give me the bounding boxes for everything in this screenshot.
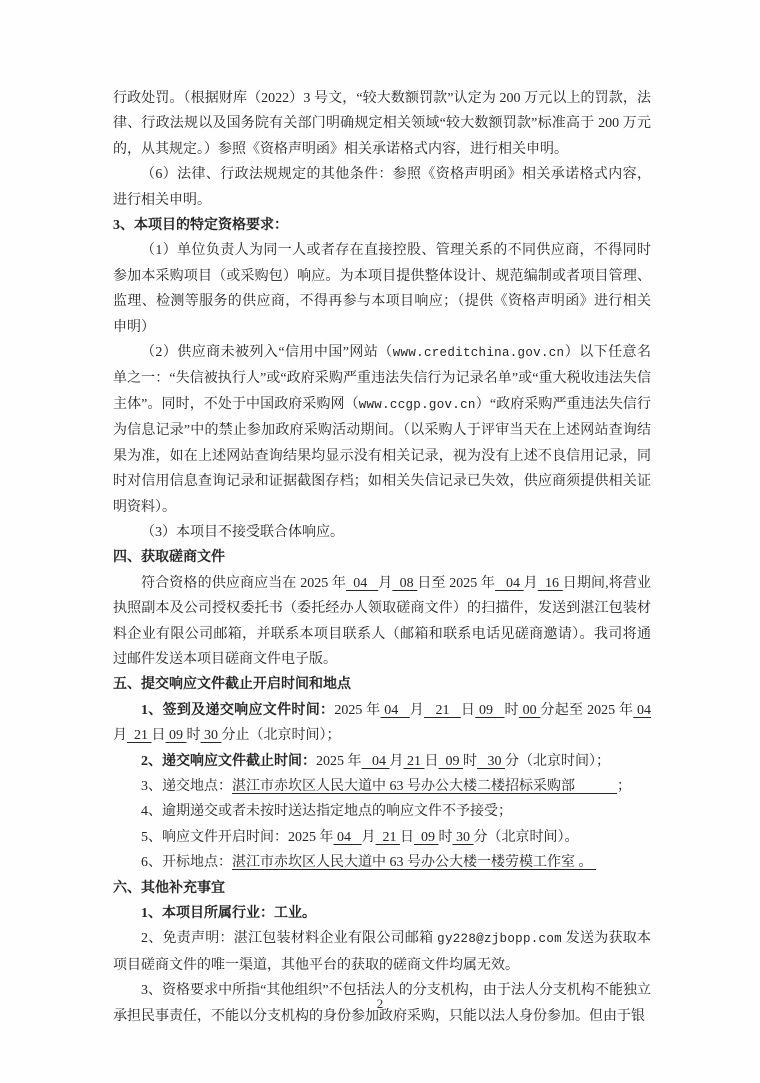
continuation-paragraph: 行政处罚。（根据财库（2022）3 号文，“较大数额罚款”认定为 200 万元以…: [113, 86, 651, 162]
section-3-heading: 3、本项目的特定资格要求：: [113, 213, 651, 238]
text-segment: 4、逾期递交或者未按时送达指定地点的响应文件不予接受；: [141, 804, 512, 819]
underlined-value: 21: [127, 728, 152, 743]
underlined-value: 30: [477, 754, 505, 769]
text-segment: 日: [152, 728, 166, 743]
section-4-body: 符合资格的供应商应当在 2025 年 04 月 08 日至 2025 年 04 …: [113, 571, 651, 673]
underlined-value: 04: [495, 576, 524, 591]
text-segment: （3）本项目不接受联合体响应。: [141, 525, 344, 540]
underlined-value: 04: [334, 830, 362, 845]
underlined-value: 04: [633, 703, 651, 718]
text-segment: 时: [463, 754, 477, 769]
underlined-value: 09: [166, 728, 187, 743]
document-page: 行政处罚。（根据财库（2022）3 号文，“较大数额罚款”认定为 200 万元以…: [0, 0, 760, 1083]
text-segment: 时: [504, 703, 518, 718]
section-5-item-6: 6、开标地点：湛江市赤坎区人民大道中 63 号办公大楼一楼劳模工作室 。: [113, 850, 651, 875]
underlined-value: 21: [424, 703, 461, 718]
section-3-item-3: （3）本项目不接受联合体响应。: [113, 520, 651, 545]
text-segment: 日至 2025 年: [417, 576, 495, 591]
text-segment: 月: [362, 830, 376, 845]
text-segment: 日: [400, 830, 414, 845]
text-segment: 五、提交响应文件截止开启时间和地点: [113, 677, 351, 692]
text-segment: 行政处罚。（根据财库（2022）3 号文，“较大数额罚款”认定为 200 万元以…: [113, 91, 651, 157]
text-segment: 2025 年: [288, 830, 334, 845]
underlined-value: 09: [475, 703, 504, 718]
underlined-value: 30: [453, 830, 474, 845]
text-segment: 时: [439, 830, 453, 845]
section-5-item-1: 1、签到及递交响应文件时间：2025 年 04 月 21 日 09 时 00 分…: [113, 698, 651, 749]
underlined-value: 湛江市赤坎区人民大道中 63 号办公大楼一楼劳模工作室 。: [232, 855, 596, 870]
section-3-item-1: （1）单位负责人为同一人或者存在直接控股、管理关系的不同供应商，不得同时参加本采…: [113, 238, 651, 340]
text-segment: 1、本项目所属行业：工业。: [141, 906, 316, 921]
text-segment: 月: [524, 576, 538, 591]
section-3-item-2: （2）供应商未被列入“信用中国”网站（www.creditchina.gov.c…: [113, 340, 651, 520]
underlined-value: 16: [538, 576, 563, 591]
text-segment: www.creditchina.gov.cn: [393, 346, 565, 360]
text-segment: 月: [378, 576, 392, 591]
underlined-value: 21: [376, 830, 401, 845]
section-6-item-1: 1、本项目所属行业：工业。: [113, 901, 651, 926]
underlined-value: 湛江市赤坎区人民大道中 63 号办公大楼二楼招标采购部: [232, 779, 617, 794]
text-segment: 六、其他补充事宜: [113, 881, 225, 896]
text-segment: 日: [461, 703, 475, 718]
text-segment: 分止（北京时间）；: [222, 728, 341, 743]
underlined-value: 21: [404, 754, 425, 769]
section-6-item-2: 2、免责声明：湛江包装材料企业有限公司邮箱 gy228@zjbopp.com 发…: [113, 926, 651, 978]
text-segment: 时: [187, 728, 201, 743]
text-segment: 2、免责声明：湛江包装材料企业有限公司邮箱: [141, 931, 437, 946]
underlined-value: 09: [414, 830, 439, 845]
text-segment: 分起至 2025 年: [540, 703, 633, 718]
section-5-item-4: 4、逾期递交或者未按时送达指定地点的响应文件不予接受；: [113, 799, 651, 824]
text-segment: gy228@zjbopp.com: [437, 932, 562, 946]
text-segment: 1、签到及递交响应文件时间：: [141, 703, 334, 718]
text-segment: 四、获取磋商文件: [113, 550, 225, 565]
text-segment: 5、响应文件开启时间：: [141, 830, 288, 845]
underlined-value: 04: [346, 576, 378, 591]
text-segment: 2025 年: [334, 703, 380, 718]
underlined-value: 08: [392, 576, 417, 591]
text-segment: （1）单位负责人为同一人或者存在直接控股、管理关系的不同供应商，不得同时参加本采…: [113, 243, 651, 334]
underlined-value: 09: [439, 754, 464, 769]
underlined-value: 30: [201, 728, 222, 743]
text-segment: 分（北京时间）；: [505, 754, 610, 769]
text-segment: 3、递交地点：: [141, 779, 232, 794]
page-number: 2: [0, 996, 760, 1012]
section-4-heading: 四、获取磋商文件: [113, 545, 651, 570]
text-segment: 2、递交响应文件截止时间：: [141, 754, 316, 769]
text-segment: 3、本项目的特定资格要求：: [113, 218, 288, 233]
text-segment: ）“政府采购严重违法失信行为信息记录”中的禁止参加政府采购活动期间。（以采购人于…: [113, 397, 651, 515]
text-segment: 分（北京时间）。: [474, 830, 579, 845]
text-segment: www.ccgp.gov.cn: [359, 398, 476, 412]
section-5-item-3: 3、递交地点：湛江市赤坎区人民大道中 63 号办公大楼二楼招标采购部 ；: [113, 774, 651, 799]
text-segment: 符合资格的供应商应当在 2025 年: [141, 576, 346, 591]
section-6-heading: 六、其他补充事宜: [113, 876, 651, 901]
section-5-item-5: 5、响应文件开启时间：2025 年 04 月 21 日 09 时 30 分（北京…: [113, 825, 651, 850]
underlined-value: 04: [362, 754, 390, 769]
text-segment: 6、开标地点：: [141, 855, 232, 870]
section-5-item-2: 2、递交响应文件截止时间：2025 年 04 月 21 日 09 时 30 分（…: [113, 749, 651, 774]
underlined-value: 04: [380, 703, 409, 718]
clause-6-paragraph: （6）法律、行政法规规定的其他条件：参照《资格声明函》相关承诺格式内容，进行相关…: [113, 162, 651, 213]
text-segment: 月: [113, 728, 127, 743]
text-segment: 2025 年: [316, 754, 362, 769]
text-segment: 月: [410, 703, 424, 718]
text-segment: 月: [390, 754, 404, 769]
document-content: 行政处罚。（根据财库（2022）3 号文，“较大数额罚款”认定为 200 万元以…: [113, 86, 651, 1029]
text-segment: （6）法律、行政法规规定的其他条件：参照《资格声明函》相关承诺格式内容，进行相关…: [113, 167, 651, 207]
text-segment: ；: [617, 779, 631, 794]
underlined-value: 00: [519, 703, 541, 718]
section-5-heading: 五、提交响应文件截止开启时间和地点: [113, 672, 651, 697]
text-segment: （2）供应商未被列入“信用中国”网站（: [141, 345, 393, 360]
text-segment: 日: [425, 754, 439, 769]
